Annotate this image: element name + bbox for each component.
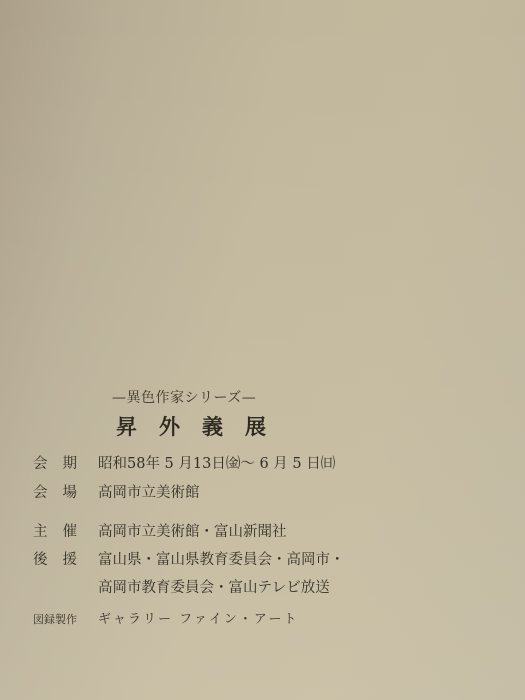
support-value-continued: 高岡市教育委員会・富山テレビ放送 bbox=[98, 576, 330, 597]
organizer-label: 主催 bbox=[33, 520, 98, 541]
period-value: 昭和58年 5 月13日㈮〜 6 月 5 日㈰ bbox=[98, 452, 335, 473]
info-row-support: 後援富山県・富山県教育委員会・高岡市・ bbox=[33, 548, 345, 569]
credit-label: 図録製作 bbox=[33, 611, 98, 627]
info-row-support-continued: 高岡市教育委員会・富山テレビ放送 bbox=[98, 576, 330, 597]
info-row-organizer: 主催高岡市立美術館・富山新聞社 bbox=[33, 520, 287, 541]
support-value: 富山県・富山県教育委員会・高岡市・ bbox=[98, 548, 345, 569]
catalog-credit: 図録製作ギャラリー ファイン・アート bbox=[33, 608, 298, 627]
info-row-period: 会期昭和58年 5 月13日㈮〜 6 月 5 日㈰ bbox=[33, 452, 335, 473]
support-label: 後援 bbox=[33, 548, 98, 569]
exhibition-title: 昇外義展 bbox=[116, 411, 288, 441]
series-label: —異色作家シリーズ— bbox=[112, 387, 256, 407]
organizer-value: 高岡市立美術館・富山新聞社 bbox=[98, 520, 287, 541]
venue-value: 高岡市立美術館 bbox=[98, 481, 200, 502]
credit-value: ギャラリー ファイン・アート bbox=[98, 612, 298, 627]
info-row-venue: 会場高岡市立美術館 bbox=[33, 481, 200, 502]
period-label: 会期 bbox=[33, 452, 98, 473]
venue-label: 会場 bbox=[33, 481, 98, 502]
